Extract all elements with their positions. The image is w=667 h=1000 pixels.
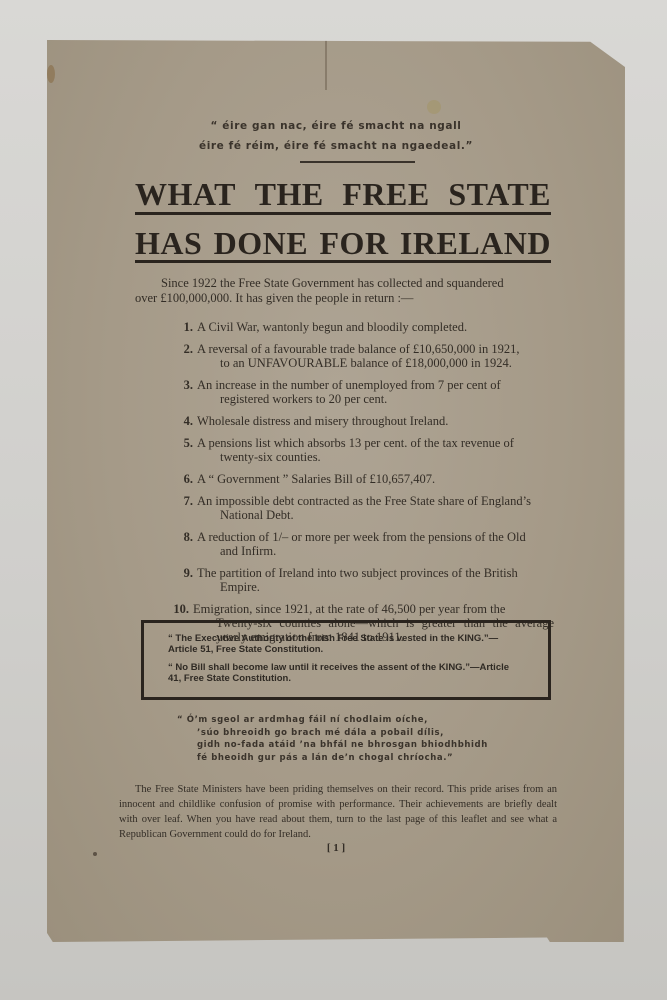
item-text-cont: twenty-six counties. bbox=[197, 450, 554, 464]
irish-verse: “ Ó’m sgeol ar ardmhag fáil ní chodlaim … bbox=[177, 714, 517, 764]
quote-source: 41, Free State Constitution. bbox=[168, 673, 291, 684]
item-text-cont: registered workers to 20 per cent. bbox=[197, 392, 554, 406]
headline-word: FOR bbox=[320, 225, 389, 262]
item-number: 9. bbox=[176, 566, 193, 594]
list-item: 1.A Civil War, wantonly begun and bloodi… bbox=[176, 320, 554, 334]
item-text: A “ Government ” Salaries Bill of £10,65… bbox=[197, 472, 435, 486]
list-item: 6.A “ Government ” Salaries Bill of £10,… bbox=[176, 472, 554, 486]
constitution-quote: “ No Bill shall become law until it rece… bbox=[168, 662, 528, 684]
item-text-cont: and Infirm. bbox=[197, 544, 554, 558]
headline-underline bbox=[135, 212, 551, 215]
quote-text: “ No Bill shall become law until it rece… bbox=[168, 662, 509, 673]
list-item: 2.A reversal of a favourable trade balan… bbox=[176, 342, 554, 370]
list-item: 3.An increase in the number of unemploye… bbox=[176, 378, 554, 406]
divider-rule bbox=[300, 161, 415, 163]
item-text: Emigration, since 1921, at the rate of 4… bbox=[193, 602, 505, 616]
item-text: Wholesale distress and misery throughout… bbox=[197, 414, 448, 428]
page-number: [ 1 ] bbox=[47, 842, 625, 854]
headline-word: THE bbox=[255, 176, 324, 213]
item-text: A reversal of a favourable trade balance… bbox=[197, 342, 519, 356]
item-text: The partition of Ireland into two subjec… bbox=[197, 566, 518, 580]
headline-word: FREE bbox=[342, 176, 429, 213]
verse-line: ’súo bhreoidh go brach mé dála a pobail … bbox=[177, 727, 517, 740]
item-text: An increase in the number of unemployed … bbox=[197, 378, 501, 392]
item-number: 5. bbox=[176, 436, 193, 464]
paper-speck bbox=[93, 852, 97, 856]
verse-line: “ Ó’m sgeol ar ardmhag fáil ní chodlaim … bbox=[177, 714, 517, 727]
item-text-cont: Empire. bbox=[197, 580, 554, 594]
constitution-quote-box: “ The Executive Authority of the Irish F… bbox=[141, 620, 551, 700]
item-number: 6. bbox=[176, 472, 193, 486]
verse-line: fé bheoidh gur pás a lán de’n chogal chr… bbox=[177, 752, 517, 765]
item-text: An impossible debt contracted as the Fre… bbox=[197, 494, 531, 508]
irish-motto: “ éire gan nac, éire fé smacht na ngall … bbox=[47, 116, 625, 156]
headline-word: DONE bbox=[214, 225, 308, 262]
list-item: 8.A reduction of 1/– or more per week fr… bbox=[176, 530, 554, 558]
item-number: 3. bbox=[176, 378, 193, 406]
headline-word: STATE bbox=[448, 176, 551, 213]
headline-underline bbox=[135, 260, 551, 263]
verse-line: gidh no-fada atáid ’na bhfál ne bhrosgan… bbox=[177, 739, 517, 752]
item-number: 1. bbox=[176, 320, 193, 334]
quote-text: “ The Executive Authority of the Irish F… bbox=[168, 633, 498, 644]
leaflet-page: “ éire gan nac, éire fé smacht na ngall … bbox=[47, 40, 625, 942]
item-text: A pensions list which absorbs 13 per cen… bbox=[197, 436, 514, 450]
motto-line: éire fé réim, éire fé smacht na ngaedeal… bbox=[47, 136, 625, 156]
intro-line: Since 1922 the Free State Government has… bbox=[135, 276, 551, 291]
item-text: A reduction of 1/– or more per week from… bbox=[197, 530, 526, 544]
item-number: 8. bbox=[176, 530, 193, 558]
grievance-list: 1.A Civil War, wantonly begun and bloodi… bbox=[176, 320, 554, 652]
paper-stain bbox=[47, 65, 55, 83]
quote-source: Article 51, Free State Constitution. bbox=[168, 644, 323, 655]
item-text-cont: to an UNFAVOURABLE balance of £18,000,00… bbox=[197, 356, 554, 370]
item-number: 2. bbox=[176, 342, 193, 370]
headline-line-2: HAS DONE FOR IRELAND bbox=[135, 225, 551, 262]
closing-paragraph: The Free State Ministers have been pridi… bbox=[119, 782, 557, 842]
motto-line: “ éire gan nac, éire fé smacht na ngall bbox=[47, 116, 625, 136]
paper-crease bbox=[325, 40, 327, 90]
intro-line: over £100,000,000. It has given the peop… bbox=[135, 291, 413, 305]
list-item: 4.Wholesale distress and misery througho… bbox=[176, 414, 554, 428]
list-item: 9.The partition of Ireland into two subj… bbox=[176, 566, 554, 594]
constitution-quote: “ The Executive Authority of the Irish F… bbox=[168, 633, 528, 655]
item-text-cont: National Debt. bbox=[197, 508, 554, 522]
headline-word: WHAT bbox=[135, 176, 236, 213]
intro-paragraph: Since 1922 the Free State Government has… bbox=[135, 276, 551, 306]
list-item: 5.A pensions list which absorbs 13 per c… bbox=[176, 436, 554, 464]
headline-word: IRELAND bbox=[400, 225, 551, 262]
headline-line-1: WHAT THE FREE STATE bbox=[135, 176, 551, 213]
item-number: 7. bbox=[176, 494, 193, 522]
list-item: 7.An impossible debt contracted as the F… bbox=[176, 494, 554, 522]
paper-stain bbox=[427, 100, 441, 114]
headline-word: HAS bbox=[135, 225, 202, 262]
item-text: A Civil War, wantonly begun and bloodily… bbox=[197, 320, 467, 334]
item-number: 4. bbox=[176, 414, 193, 428]
closing-text: The Free State Ministers have been pridi… bbox=[119, 782, 557, 842]
